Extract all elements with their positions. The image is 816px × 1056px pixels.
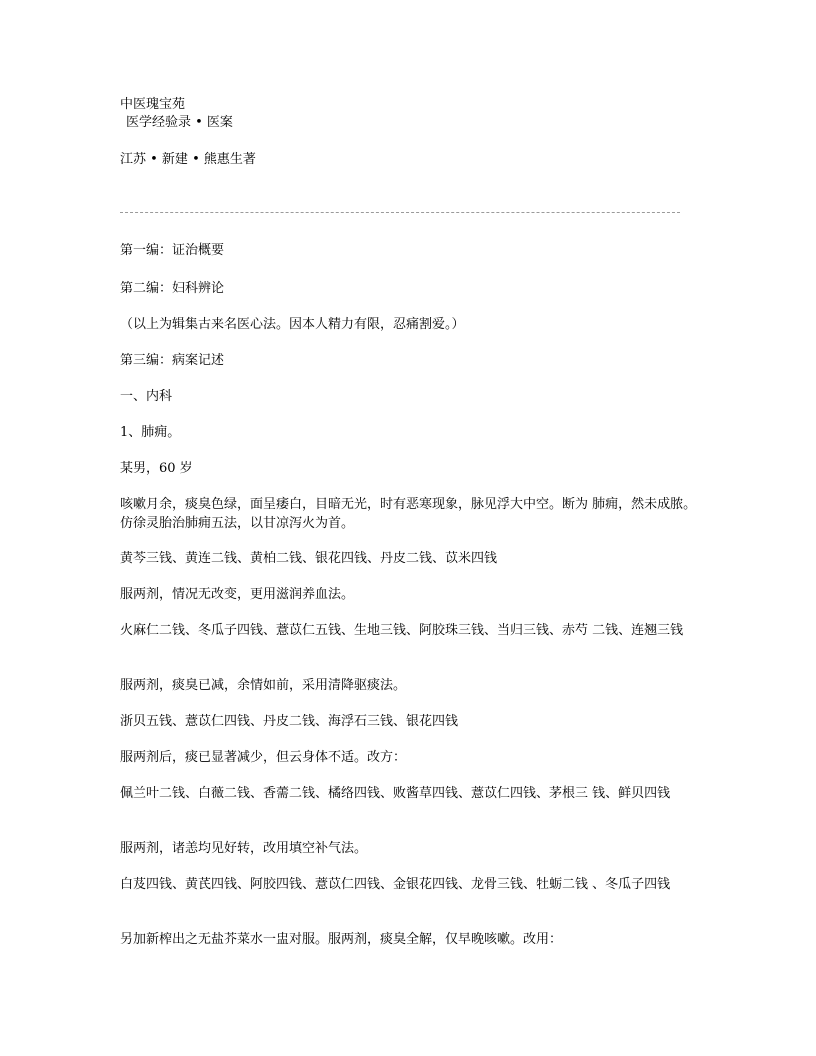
followup-3: 服两剂后，痰已显著减少，但云身体不适。改方：	[120, 749, 406, 767]
followup-4: 服两剂，诸恙均见好转，改用填空补气法。	[120, 840, 367, 858]
patient-info: 某男，60 岁	[120, 460, 193, 478]
part3-heading: 第三编：病案记述	[120, 352, 224, 370]
followup-2: 服两剂，痰臭已减，余情如前，采用清降驱痰法。	[120, 677, 406, 695]
prescription-4: 佩兰叶二钱、白薇二钱、香薷二钱、橘络四钱、败酱草四钱、薏苡仁四钱、茅根三 钱、鲜…	[120, 784, 700, 803]
followup-1: 服两剂，情况无改变，更用滋润养血法。	[120, 586, 354, 604]
book-title: 医学经验录 • 医案	[126, 114, 233, 132]
editor-note: （以上为辑集古来名医心法。因本人精力有限，忍痛割爱。）	[120, 316, 465, 334]
case-title: 1、肺痈。	[120, 424, 180, 442]
section-title: 一、内科	[120, 388, 172, 406]
collection-title: 中医瑰宝苑	[120, 96, 185, 114]
author-line: 江苏 • 新建 • 熊惠生著	[120, 151, 256, 169]
paragraph-symptoms: 咳嗽月余，痰臭色绿，面呈痿白，目暗无光，时有恶寒现象，脉见浮大中空。断为 肺痈，…	[120, 495, 700, 533]
followup-5: 另加新榨出之无盐芥菜水一盅对服。服两剂，痰臭全解，仅早晚咳嗽。改用：	[120, 931, 562, 949]
prescription-3: 浙贝五钱、薏苡仁四钱、丹皮二钱、海浮石三钱、银花四钱	[120, 713, 458, 731]
prescription-5: 白芨四钱、黄芪四钱、阿胶四钱、薏苡仁四钱、金银花四钱、龙骨三钱、牡蛎二钱 、冬瓜…	[120, 875, 700, 894]
prescription-1: 黄芩三钱、黄连二钱、黄柏二钱、银花四钱、丹皮二钱、苡米四钱	[120, 550, 497, 568]
part1-heading: 第一编：证治概要	[120, 242, 224, 260]
prescription-2: 火麻仁二钱、冬瓜子四钱、薏苡仁五钱、生地三钱、阿胶珠三钱、当归三钱、赤芍 二钱、…	[120, 621, 700, 640]
part2-heading: 第二编：妇科辨论	[120, 280, 224, 298]
horizontal-separator	[120, 212, 680, 213]
